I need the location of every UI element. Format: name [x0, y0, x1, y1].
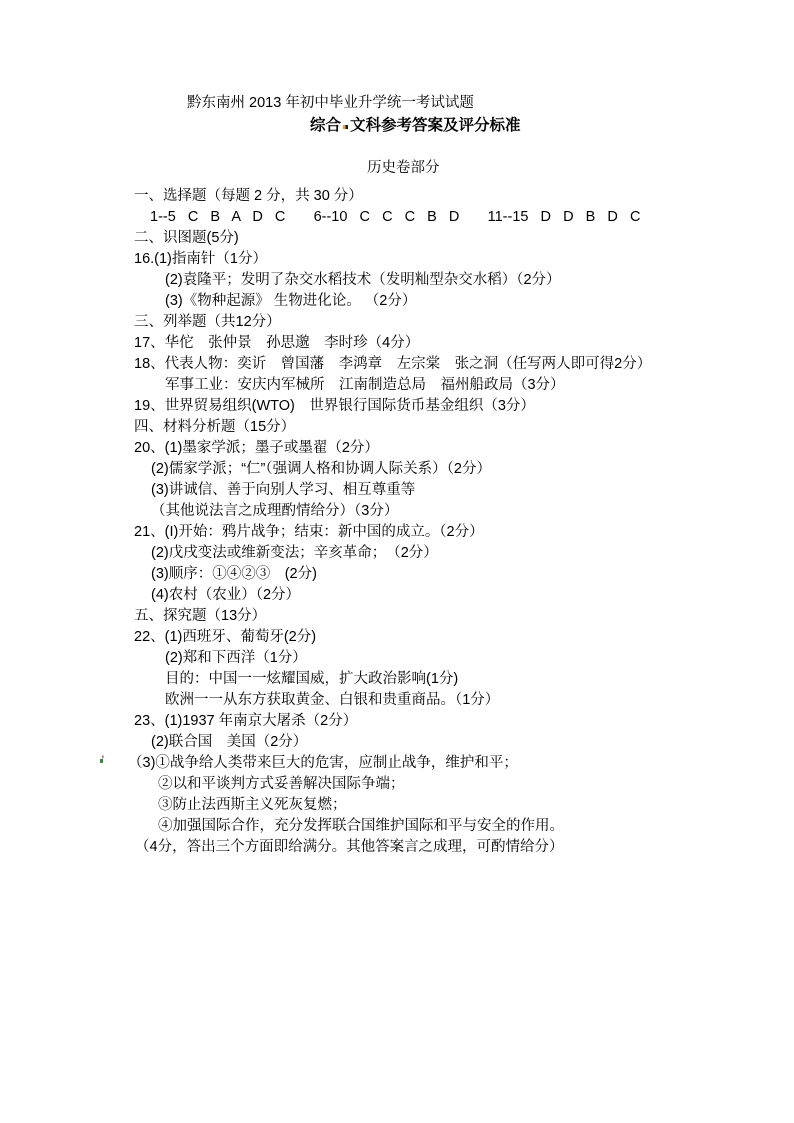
- doc-line-4: (2)袁隆平；发明了杂交水稻技术（发明籼型杂交水稻）（2分）: [165, 270, 794, 291]
- doc-line-9: 军事工业：安庆内军械所 江南制造总局 福州船政局（3分）: [165, 375, 794, 396]
- doc-line-7: 17、华佗 张仲景 孙思邈 李时珍（4分）: [134, 333, 794, 354]
- document-page: 黔东南州 2013 年初中毕业升学统一考试试题 综合文科参考答案及评分标准 历史…: [0, 0, 794, 1123]
- doc-line-25: 23、(1)1937 年南京大屠杀（2分）: [134, 711, 794, 732]
- doc-line-23: 目的：中国一一炫耀国威，扩大政治影响(1分): [165, 669, 794, 690]
- doc-line-1: 1--5 C B A D C 6--10 C C C B D 11--15 D …: [150, 207, 794, 228]
- margin-comma-artifact: ,: [101, 746, 105, 760]
- doc-line-18: (3)顺序：①④②③ (2分): [151, 564, 794, 585]
- doc-line-31: （4分，答出三个方面即给满分。其他答案言之成理，可酌情给分）: [135, 837, 794, 858]
- doc-line-24: 欧洲一一从东方获取黄金、白银和贵重商品。（1分）: [165, 690, 794, 711]
- doc-line-11: 四、材料分析题（15分）: [134, 417, 794, 438]
- subtitle-left: 综合: [310, 117, 341, 134]
- doc-line-5: (3)《物种起源》 生物进化论。 （2分）: [165, 291, 794, 312]
- exam-title: 黔东南州 2013 年初中毕业升学统一考试试题: [187, 95, 474, 112]
- doc-line-20: 五、探究题（13分）: [134, 606, 794, 627]
- subtitle: 综合文科参考答案及评分标准: [310, 116, 521, 135]
- section-title-history: 历史卷部分: [367, 160, 440, 177]
- doc-line-30: ④加强国际合作，充分发挥联合国维护国际和平与安全的作用。: [158, 816, 794, 837]
- doc-line-3: 16.(1)指南针（1分）: [134, 249, 794, 270]
- doc-line-12: 20、(1)墨家学派；墨子或墨翟（2分）: [134, 438, 794, 459]
- doc-line-29: ③防止法西斯主义死灰复燃；: [158, 795, 794, 816]
- doc-line-13: (2)儒家学派；“仁”（强调人格和协调人际关系）（2分）: [151, 459, 794, 480]
- doc-line-10: 19、世界贸易组织(WTO) 世界银行国际货币基金组织（3分）: [134, 396, 794, 417]
- doc-line-6: 三、列举题（共12分）: [134, 312, 794, 333]
- subtitle-dot-artifact: [343, 125, 348, 129]
- doc-line-27: （3)①战争给人类带来巨大的危害，应制止战争，维护和平；: [128, 753, 794, 774]
- doc-line-26: (2)联合国 美国（2分）: [151, 732, 794, 753]
- doc-line-19: (4)农村（农业）（2分）: [151, 585, 794, 606]
- doc-line-28: ②以和平谈判方式妥善解决国际争端；: [158, 774, 794, 795]
- document-body: 一、选择题（每题 2 分，共 30 分）1--5 C B A D C 6--10…: [0, 186, 794, 858]
- doc-line-8: 18、代表人物：奕䜣 曾国藩 李鸿章 左宗棠 张之洞（任写两人即可得2分）: [134, 354, 794, 375]
- doc-line-21: 22、(1)西班牙、葡萄牙(2分): [134, 627, 794, 648]
- doc-line-17: (2)戊戌变法或维新变法；辛亥革命； （2分）: [151, 543, 794, 564]
- doc-line-22: (2)郑和下西洋（1分）: [165, 648, 794, 669]
- subtitle-right: 文科参考答案及评分标准: [350, 117, 521, 134]
- doc-line-0: 一、选择题（每题 2 分，共 30 分）: [134, 186, 794, 207]
- doc-line-2: 二、识图题(5分): [134, 228, 794, 249]
- margin-green-speck-artifact: [100, 759, 103, 763]
- doc-line-16: 21、(I)开始：鸦片战争；结束：新中国的成立。（2分）: [134, 522, 794, 543]
- doc-line-15: （其他说法言之成理酌情给分）（3分）: [151, 501, 794, 522]
- doc-line-14: (3)讲诚信、善于向别人学习、相互尊重等: [151, 480, 794, 501]
